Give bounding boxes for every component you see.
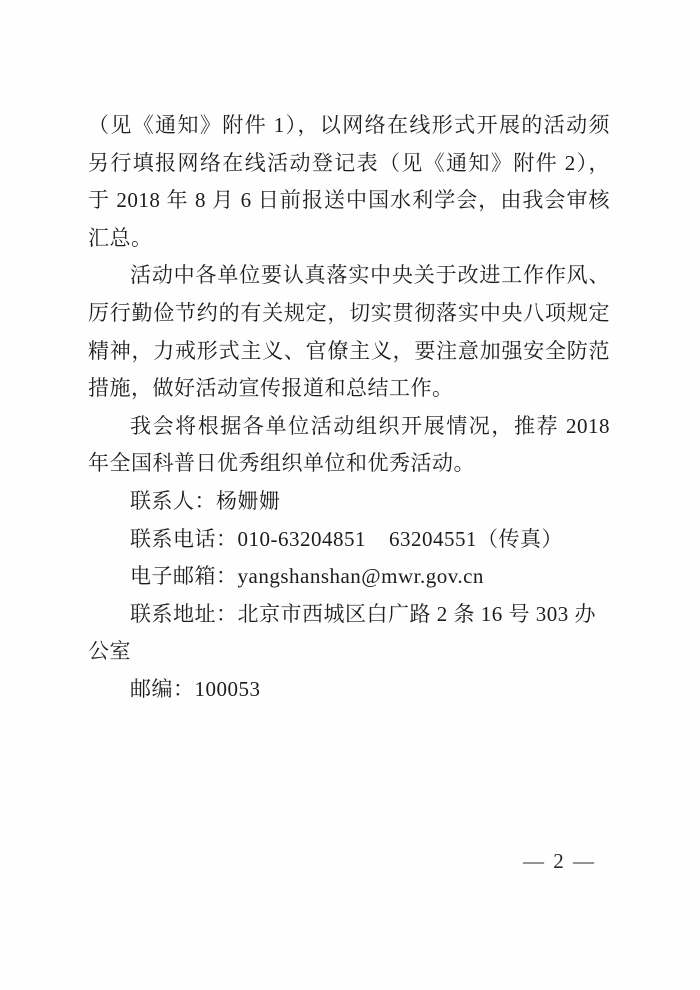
page-number: — 2 — xyxy=(0,847,700,875)
paragraph-work-style-requirements: 活动中各单位要认真落实中央关于改进工作作风、厉行勤俭节约的有关规定，切实贯彻落实… xyxy=(88,257,610,407)
contact-person-line: 联系人：杨姗姗 xyxy=(88,483,610,521)
contact-email-line: 电子邮箱：yangshanshan@mwr.gov.cn xyxy=(88,558,610,596)
postal-code-line: 邮编：100053 xyxy=(88,671,610,709)
paragraph-recommendation: 我会将根据各单位活动组织开展情况，推荐 2018 年全国科普日优秀组织单位和优秀… xyxy=(88,408,610,483)
document-page: （见《通知》附件 1），以网络在线形式开展的活动须另行填报网络在线活动登记表（见… xyxy=(0,0,700,990)
paragraph-attachment-notice: （见《通知》附件 1），以网络在线形式开展的活动须另行填报网络在线活动登记表（见… xyxy=(88,107,610,257)
contact-address-line: 联系地址：北京市西城区白广路 2 条 16 号 303 办公室 xyxy=(88,596,610,671)
document-body: （见《通知》附件 1），以网络在线形式开展的活动须另行填报网络在线活动登记表（见… xyxy=(88,107,610,709)
contact-phone-line: 联系电话：010-63204851 63204551（传真） xyxy=(88,521,610,559)
